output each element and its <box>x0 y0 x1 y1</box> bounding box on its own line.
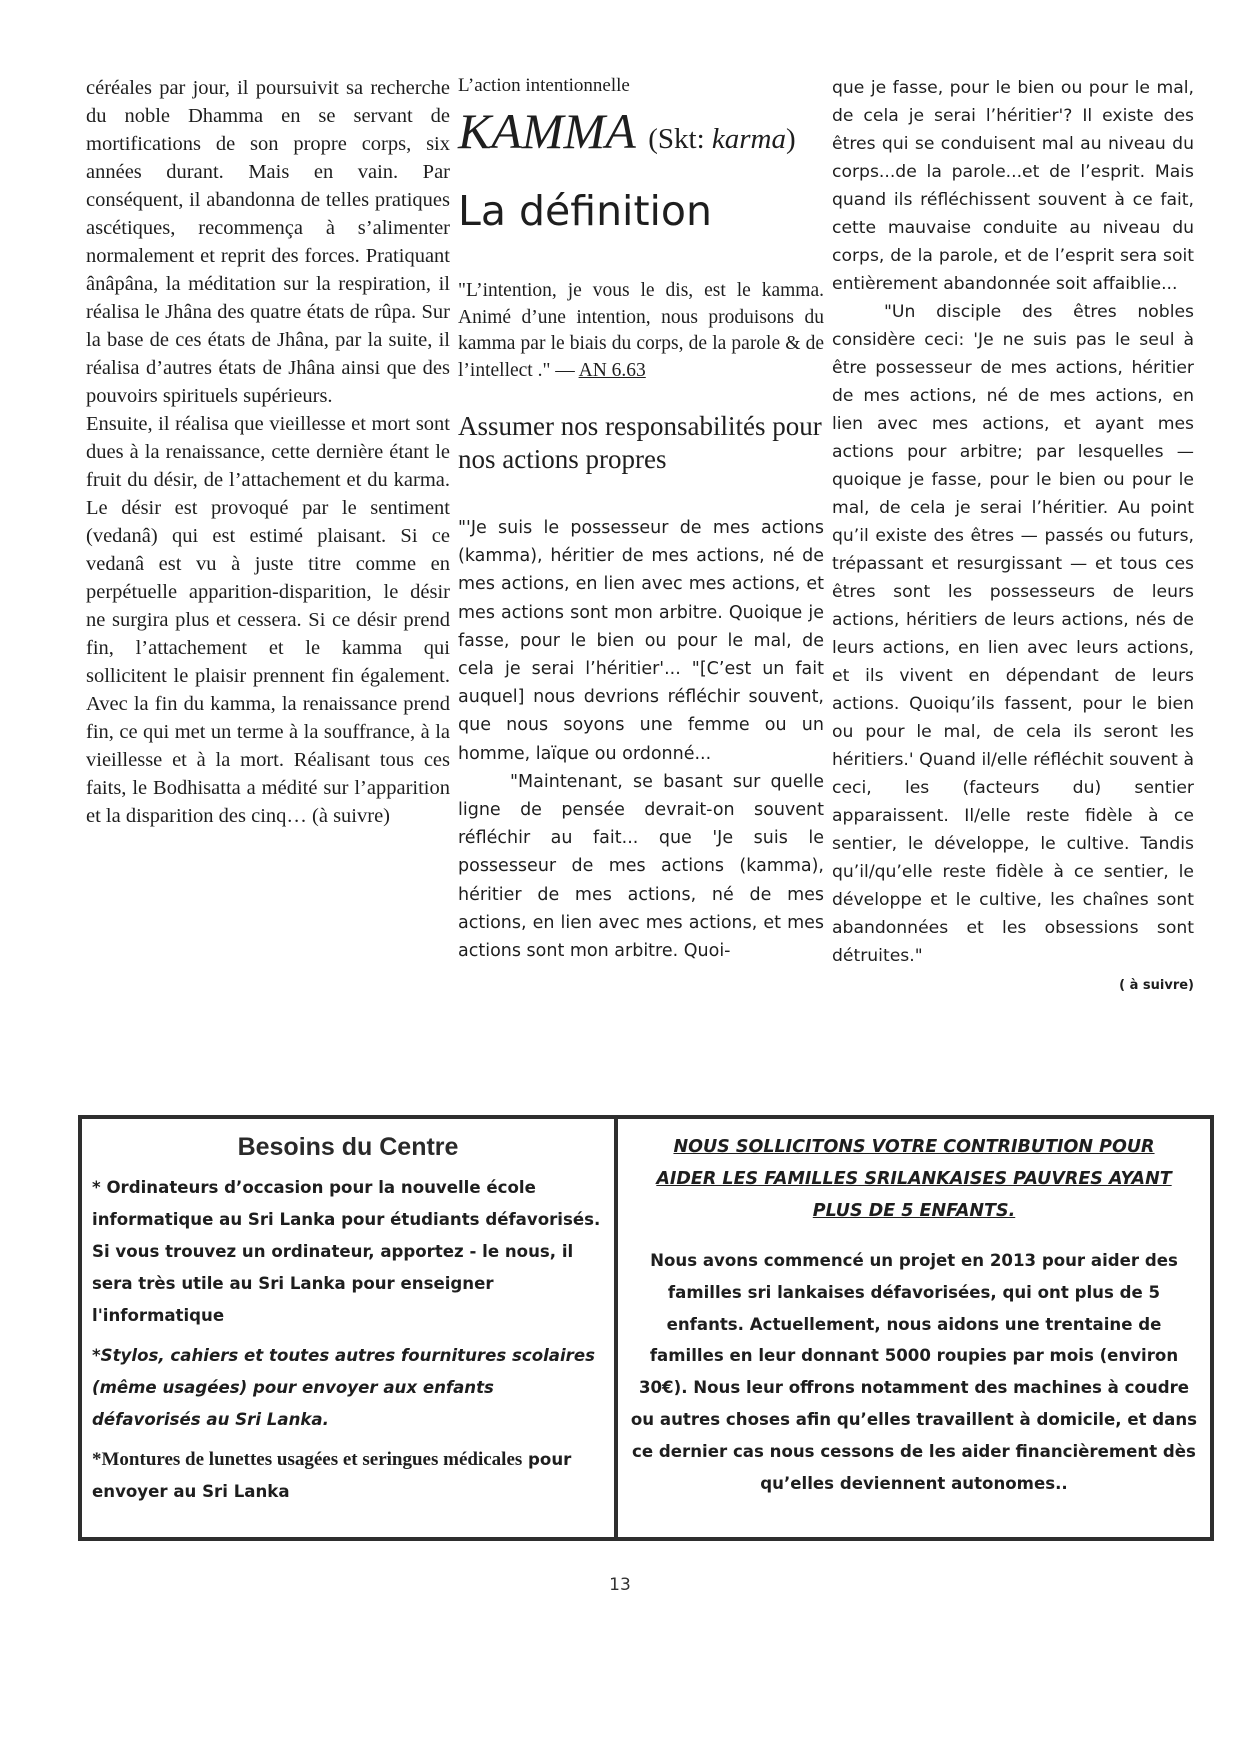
continuation-paragraph-1: que je fasse, pour le bien ou pour le ma… <box>832 74 1194 298</box>
contribution-appeal-body: Nous avons commencé un projet en 2013 po… <box>628 1245 1200 1499</box>
to-be-continued-note: ( à suivre) <box>1119 972 1194 1000</box>
title-sanskrit: (Skt: karma) <box>648 123 795 155</box>
quote-reference-link[interactable]: AN 6.63 <box>579 360 646 381</box>
bodhisatta-paragraph-2: Ensuite, il réalisa que vieillesse et mo… <box>86 410 450 830</box>
title-kamma: KAMMA <box>458 103 636 159</box>
page-number: 13 <box>0 1575 1240 1595</box>
responsibility-paragraph-1: "'Je suis le possesseur de mes actions (… <box>458 514 824 768</box>
heading-responsibility: Assumer nos responsabilités pour nos act… <box>458 410 824 476</box>
definition-quote: "L’intention, je vous le dis, est le kam… <box>458 278 824 384</box>
article-kicker: L’action intentionnelle <box>458 74 824 98</box>
article-column-left: céréales par jour, il poursuivit sa rech… <box>86 74 450 830</box>
article-title: KAMMA (Skt: karma) <box>458 104 824 166</box>
responsibility-paragraph-2: "Maintenant, se basant sur quelle ligne … <box>458 768 824 965</box>
centre-needs-title: Besoins du Centre <box>82 1133 614 1162</box>
contribution-appeal-box: NOUS SOLLICITONS VOTRE CONTRIBUTION POUR… <box>614 1115 1214 1541</box>
responsibility-body: "'Je suis le possesseur de mes actions (… <box>458 514 824 965</box>
contribution-appeal-title: NOUS SOLLICITONS VOTRE CONTRIBUTION POUR… <box>642 1131 1186 1227</box>
needs-item-school-supplies: *Stylos, cahiers et toutes autres fourni… <box>92 1340 604 1436</box>
article-column-right: que je fasse, pour le bien ou pour le ma… <box>832 74 1194 1000</box>
bodhisatta-paragraph-1: céréales par jour, il poursuivit sa rech… <box>86 74 450 410</box>
needs-item-glasses: *Montures de lunettes usagées et seringu… <box>92 1444 604 1508</box>
centre-needs-box: Besoins du Centre * Ordinateurs d’occasi… <box>78 1115 618 1541</box>
needs-item-computers: * Ordinateurs d’occasion pour la nouvell… <box>92 1172 604 1332</box>
article-column-middle: L’action intentionnelle KAMMA (Skt: karm… <box>458 74 824 965</box>
heading-definition: La définition <box>458 188 824 234</box>
continuation-paragraph-2: "Un disciple des êtres nobles considère … <box>832 298 1194 970</box>
